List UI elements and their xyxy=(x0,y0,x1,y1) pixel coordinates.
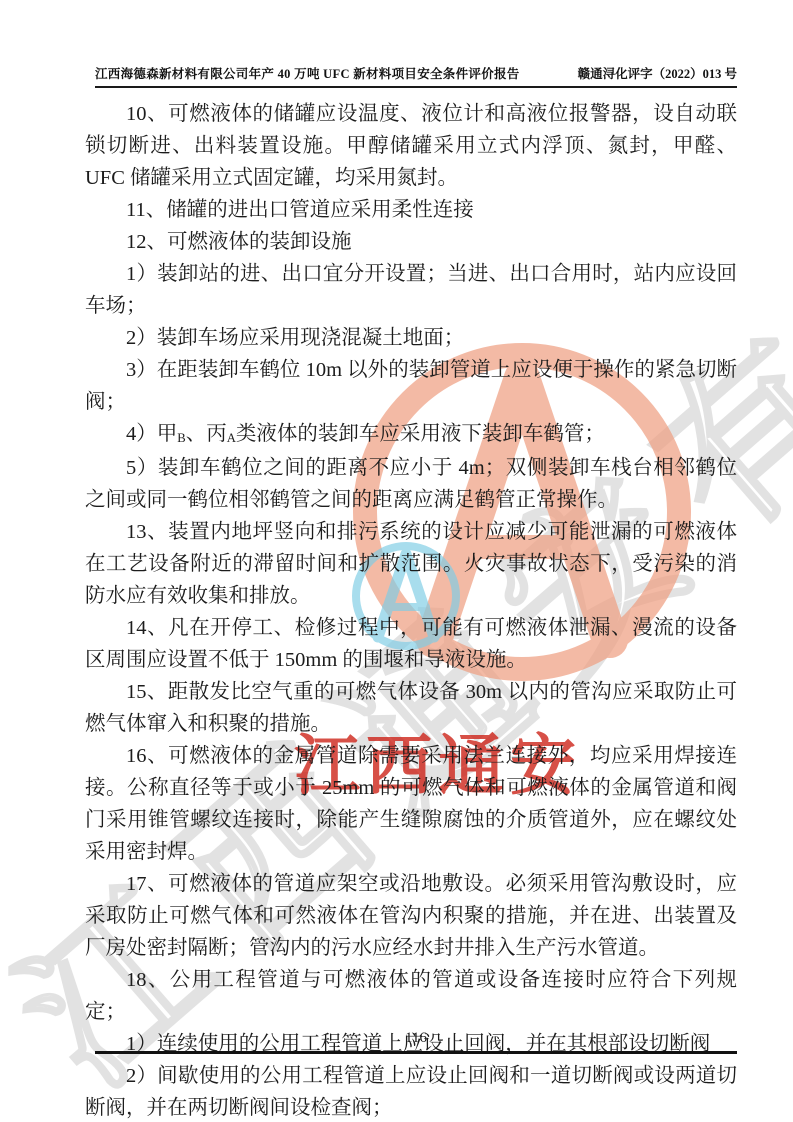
paragraph: 11、储罐的进出口管道应采用柔性连接 xyxy=(85,194,737,226)
paragraph: 16、可燃液体的金属管道除需要采用法兰连接外，均应采用焊接连接。公称直径等于或小… xyxy=(85,740,737,868)
paragraph: 14、凡在开停工、检修过程中，可能有可燃液体泄漏、漫流的设备区周围应设置不低于 … xyxy=(85,612,737,676)
page-footer: 116 xyxy=(95,1030,737,1054)
paragraph: 1）装卸站的进、出口宜分开设置；当进、出口合用时，站内应设回车场； xyxy=(85,258,737,322)
paragraph: 18、公用工程管道与可燃液体的管道或设备连接时应符合下列规定； xyxy=(85,964,737,1028)
paragraph: 4）甲B、丙A类液体的装卸车应采用液下装卸车鹤管； xyxy=(85,418,737,452)
paragraph: 10、可燃液体的储罐应设温度、液位计和高液位报警器，设自动联锁切断进、出料装置设… xyxy=(85,98,737,194)
paragraph: 2）装卸车场应采用现浇混凝土地面； xyxy=(85,322,737,354)
paragraph: 2）间歇使用的公用工程管道上应设止回阀和一道切断阀或设两道切断阀，并在两切断阀间… xyxy=(85,1060,737,1122)
document-page: 江西通安有限公司 江西通安 江西海德森新材料有限公司年产 40 万吨 UFC 新… xyxy=(0,0,793,1122)
paragraph: 15、距散发比空气重的可燃气体设备 30m 以内的管沟应采取防止可燃气体窜入和积… xyxy=(85,676,737,740)
document-body: 10、可燃液体的储罐应设温度、液位计和高液位报警器，设自动联锁切断进、出料装置设… xyxy=(85,98,737,1122)
paragraph: 17、可燃液体的管道应架空或沿地敷设。必须采用管沟敷设时，应采取防止可燃气体和可… xyxy=(85,868,737,964)
paragraph: 3）在距装卸车鹤位 10m 以外的装卸管道上应设便于操作的紧急切断阀； xyxy=(85,354,737,418)
page-number: 116 xyxy=(405,1030,427,1046)
paragraph: 5）装卸车鹤位之间的距离不应小于 4m；双侧装卸车栈台相邻鹤位之间或同一鹤位相邻… xyxy=(85,452,737,516)
page-header: 江西海德森新材料有限公司年产 40 万吨 UFC 新材料项目安全条件评价报告 赣… xyxy=(95,64,737,88)
header-report-title: 江西海德森新材料有限公司年产 40 万吨 UFC 新材料项目安全条件评价报告 xyxy=(95,64,520,82)
header-doc-number: 赣通浔化评字（2022）013 号 xyxy=(578,64,737,82)
paragraph: 13、装置内地坪竖向和排污系统的设计应减少可能泄漏的可燃液体在工艺设备附近的滞留… xyxy=(85,516,737,612)
paragraph: 12、可燃液体的装卸设施 xyxy=(85,226,737,258)
